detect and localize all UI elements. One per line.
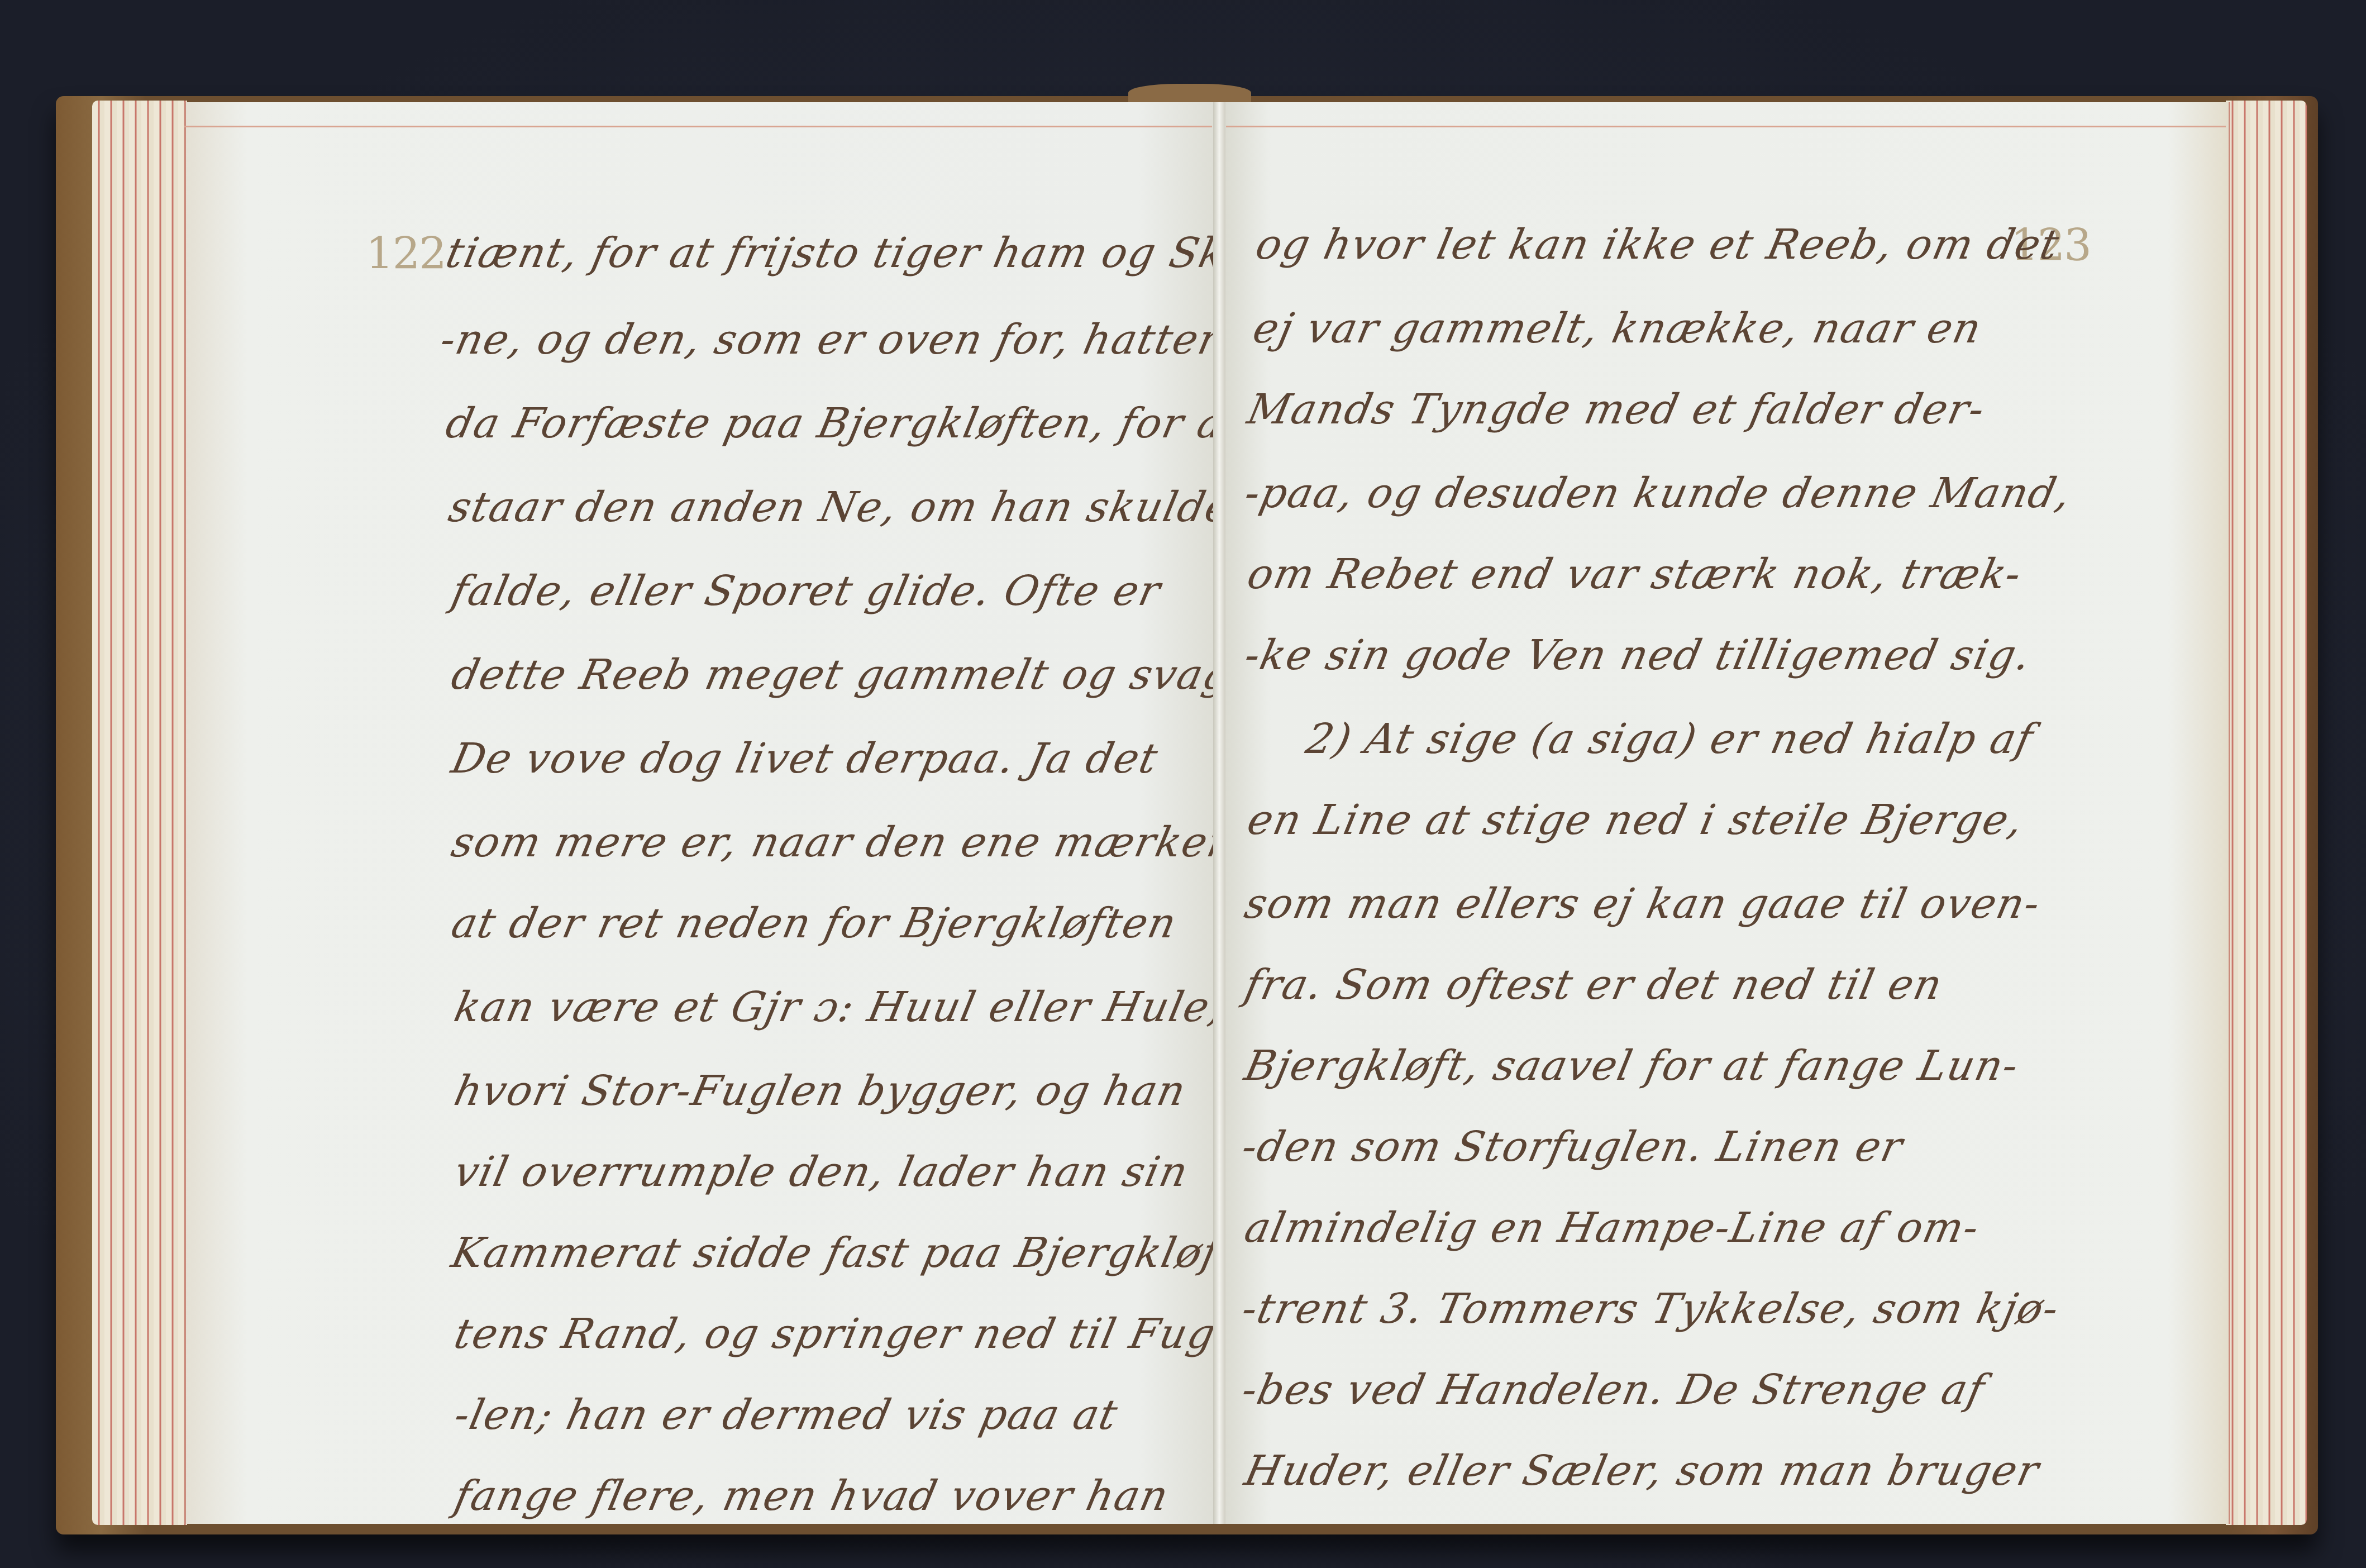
text-line: og hvor let kan ikke et Reeb, om det [1252,221,2064,269]
left-page-top-edge [184,126,1212,127]
text-line: falde, eller Sporet glide. Ofte er [447,567,1166,615]
text-line: om Rebet end var stærk nok, træk- [1243,550,2026,598]
text-line: -paa, og desuden kunde denne Mand, [1241,469,2076,517]
right-page-stack [2226,101,2307,1525]
text-line: tens Rand, og springer ned til Fug- [450,1310,1236,1358]
text-line: kan være et Gjr ɔ: Huul eller Hule, [450,983,1229,1031]
text-line: tiænt, for at frijsto tiger ham og Skib- [442,229,1288,277]
text-line: vil overrumple den, lader han sin [450,1148,1193,1196]
text-line: dette Reeb meget gammelt og svagt; [447,651,1269,699]
text-line: 2) At sige (a siga) er ned hialp af [1302,715,2038,763]
text-line: De vove dog livet derpaa. Ja det [447,735,1163,783]
text-line: -len; han er dermed vis paa at [450,1391,1123,1439]
text-line: da Forfæste paa Bjergkløften, for at [442,399,1247,447]
text-line: -ne, og den, som er oven for, hatter [436,316,1225,364]
text-line: -den som Storfuglen. Linen er [1238,1123,1907,1171]
text-line: Huder, eller Sæler, som man bruger [1241,1447,2044,1495]
text-line: Kammerat sidde fast paa Bjergkløf- [447,1229,1238,1277]
text-line: -bes ved Handelen. De Strenge af [1238,1366,1990,1414]
text-line: ej var gammelt, knække, naar en [1249,304,1986,352]
text-line: at der ret neden for Bjergkløften [447,899,1181,947]
text-line: fra. Som oftest er det ned til en [1241,961,1947,1009]
text-line: som man ellers ej kan gaae til oven- [1241,880,2045,928]
text-line: -trent 3. Tommers Tykkelse, som kjø- [1238,1285,2064,1333]
text-line: almindelig en Hampe-Line af om- [1241,1204,1984,1252]
text-line: fange flere, men hvad vover han [450,1472,1174,1520]
book-gutter [1213,102,1225,1524]
text-line: -ke sin gode Ven ned tilligemed sig. [1241,631,2036,679]
text-line: Mands Tyngde med et falder der- [1243,385,1990,433]
left-page-stack [92,101,187,1525]
text-line: staar den anden Ne, om han skulde [445,483,1237,531]
left-page-number: 122 [366,229,446,279]
text-line: hvori Stor-Fuglen bygger, og han [450,1067,1191,1115]
text-line: som mere er, naar den ene mærker, [447,818,1244,866]
text-line: Bjergkløft, saavel for at fange Lun- [1241,1042,2024,1090]
text-line: en Line at stige ned i steile Bjerge, [1243,796,2028,844]
right-page-top-edge [1226,126,2226,127]
